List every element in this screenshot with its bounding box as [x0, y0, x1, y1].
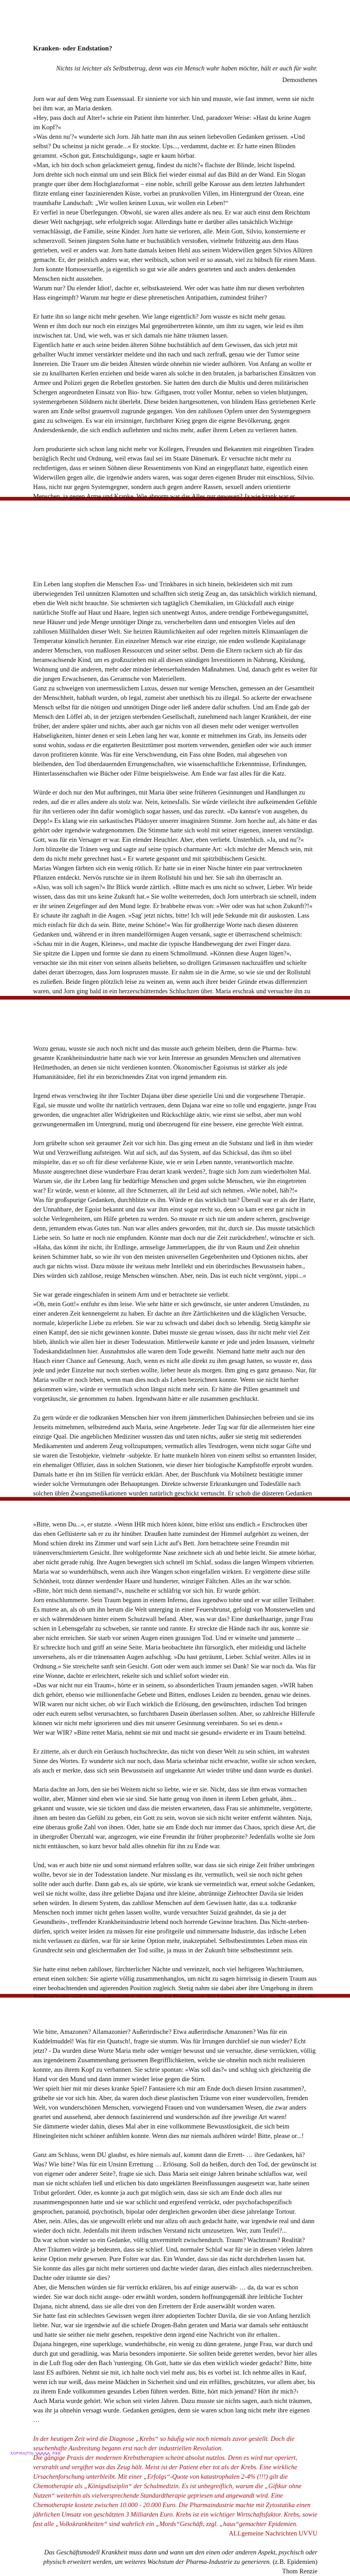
paragraph: Wenn er ihm doch nur noch ein einziges M… [33, 321, 317, 340]
paragraph: Aber, die Menschen würden sie für verrüc… [33, 2283, 317, 2311]
news-quote-source: ALLgemeine Nachrichten UVVU [33, 2529, 317, 2538]
paragraph: »Hey, pass doch auf Alter!« schrie ein P… [33, 113, 317, 132]
paragraph: »Das war nicht nur ein Traum«, hörte er … [33, 1681, 317, 1728]
paragraph: Eigentlich hatte er auch seine beiden äl… [33, 340, 317, 435]
document-title: Kranken- oder Endstation? [33, 44, 317, 53]
wave-icon [35, 2451, 51, 2456]
paragraph: Auch Maria wurde gehört. Wie schon seit … [33, 2396, 317, 2425]
page-5-body: Wie bitte, Amazonen? Allamazonier? Außer… [33, 2027, 317, 2425]
paragraph: Jorn blinzelte die Tränen weg und sagte … [33, 844, 317, 863]
news-quote-line: Die gängige Praxis der modernen Krebsthe… [33, 2453, 317, 2529]
page-3: Wozu genau, wusste sie auch noch nicht u… [0, 1000, 350, 1497]
paragraph: »Was denn nu'?« wunderte sich Jorn. Jäh … [33, 132, 317, 160]
paragraph: Zu gern würde er die todkranken Menschen… [33, 1413, 317, 1508]
page-4: »Bitte, wenn Du...«, er stutzte. »Wenn I… [0, 1501, 350, 1994]
page-2: Ein Leben lang stopften die Menschen Ess… [0, 501, 350, 996]
paragraph: Wozu genau, wusste sie auch noch nicht u… [33, 1044, 317, 1082]
paragraph: Sie konnte das alles gar nicht mehr sort… [33, 2264, 317, 2283]
paragraph: »Haha, das könnt ihr nicht, ihr Erdlinge… [33, 1243, 317, 1280]
paragraph: Wer spielt hier mit mir dieses kranke Sp… [33, 2084, 317, 2122]
paragraph: Jorn drehte sich noch einmal um und sein… [33, 170, 317, 208]
page-1-body: Jorn war auf dem Weg zum Essenssaal. Er … [33, 94, 317, 567]
paragraph: Was für großspurige Gedanken, durchblitz… [33, 1195, 317, 1243]
page-5: Wie bitte, Amazonen? Allamazonier? Außer… [0, 1998, 350, 2487]
paragraph: Er hatte ihn so lange nicht mehr gesehen… [33, 312, 317, 321]
paragraph: Ein Leben lang stopften die Menschen Ess… [33, 579, 317, 684]
page-1: Kranken- oder Endstation? Nichts ist lei… [0, 0, 350, 497]
page-4-body: »Bitte, wenn Du...«, er stutzte. »Wenn I… [33, 1520, 317, 2059]
paragraph: Ganz zu schweigen von unermesslichem Lux… [33, 684, 317, 778]
paragraph: Er schaute ihr zaghaft in die Augen. »Sa… [33, 911, 317, 949]
paragraph: Ganz am Schluss, wenn DU glaubst, es hör… [33, 2150, 317, 2216]
paragraph: »Man, ich bin doch schon gelackmeiert ge… [33, 160, 317, 170]
paragraph: Er zitterte, als er durch ein Geräusch h… [33, 1747, 317, 1775]
paragraph: »Bitte, hört mich denn niemand?«, nusche… [33, 1586, 317, 1595]
paragraph: Sie hatte fast ein schlechtes Gewissen w… [33, 2311, 317, 2339]
paragraph: Er schreckte hoch und griff an seine Sei… [33, 1643, 317, 1681]
paragraph: Er verfiel in neue Überlegungen. Obwohl,… [33, 208, 317, 283]
paragraph: Würde er doch nur den Mut aufbringen, mi… [33, 788, 317, 844]
paragraph: Und, was er auch bitte nie und sonst nie… [33, 1860, 317, 1955]
paragraph: Dajana hingegen, eine superkluge, wunder… [33, 2339, 317, 2396]
paragraph: »Also, was soll ich sagen?« Ihr Blick wu… [33, 882, 317, 911]
news-quote-line: In der heutigen Zeit wird die Diagnose „… [33, 2434, 317, 2453]
motto-text: Nichts ist leichter als Selbstbetrug, de… [50, 64, 317, 73]
paragraph: Sie war gerade eingeschlafen in seinem A… [33, 1290, 317, 1299]
paragraph: Sie dämmerte wieder dahin, dieses Mal ab… [33, 2122, 317, 2141]
paragraph: Jorn entschlummerte. Sein Traum begann i… [33, 1595, 317, 1643]
closing-quote: Das Geschäftsmodell Krankheit muss dann … [33, 2548, 317, 2576]
paragraph: Jorn grübelte schon seit geraumer Zeit v… [33, 1138, 317, 1167]
closing-quote-text: Das Geschäftsmodell Krankheit muss dann … [38, 2548, 317, 2567]
paragraph: Maria dachte an Jorn, den sie bei Weitem… [33, 1785, 317, 1851]
paragraph: Da war schon wieder so ein Gedanke, völl… [33, 2235, 317, 2264]
paragraph: Musste ausgerechnet diese wunderbare Fra… [33, 1167, 317, 1195]
paragraph: Marias Wangen färbten sich ein wenig röt… [33, 863, 317, 882]
news-quote: In der heutigen Zeit wird die Diagnose „… [33, 2434, 317, 2538]
paragraph: Wie bitte, Amazonen? Allamazonier? Außer… [33, 2027, 317, 2084]
paragraph: »Bitte, wenn Du...«, er stutzte. »Wenn I… [33, 1520, 317, 1586]
paragraph: Jorn war auf dem Weg zum Essenssaal. Er … [33, 94, 317, 113]
paragraph: Irgend etwas verschwieg ihr ihre Tochter… [33, 1091, 317, 1129]
motto-author: Demosthenes [33, 75, 317, 85]
paragraph: Sie spitzte die Lippen und formte sie da… [33, 949, 317, 1005]
paragraph: Wer war WIR? »Bitte rettet Maria, nehmt … [33, 1728, 317, 1737]
closing-quote-author: Thom Renzie [33, 2567, 317, 2576]
paragraph: Warum nur? Du elender Idiot!, dachte er,… [33, 283, 317, 302]
paragraph: »Oh, mein Gott!« entfuhr es ihm leise. W… [33, 1299, 317, 1403]
copyright-footer: KOPIRAJTOJ RBB [11, 2449, 61, 2458]
paragraph: Aber, nein. Alles, das sie ungewollt erl… [33, 2216, 317, 2235]
